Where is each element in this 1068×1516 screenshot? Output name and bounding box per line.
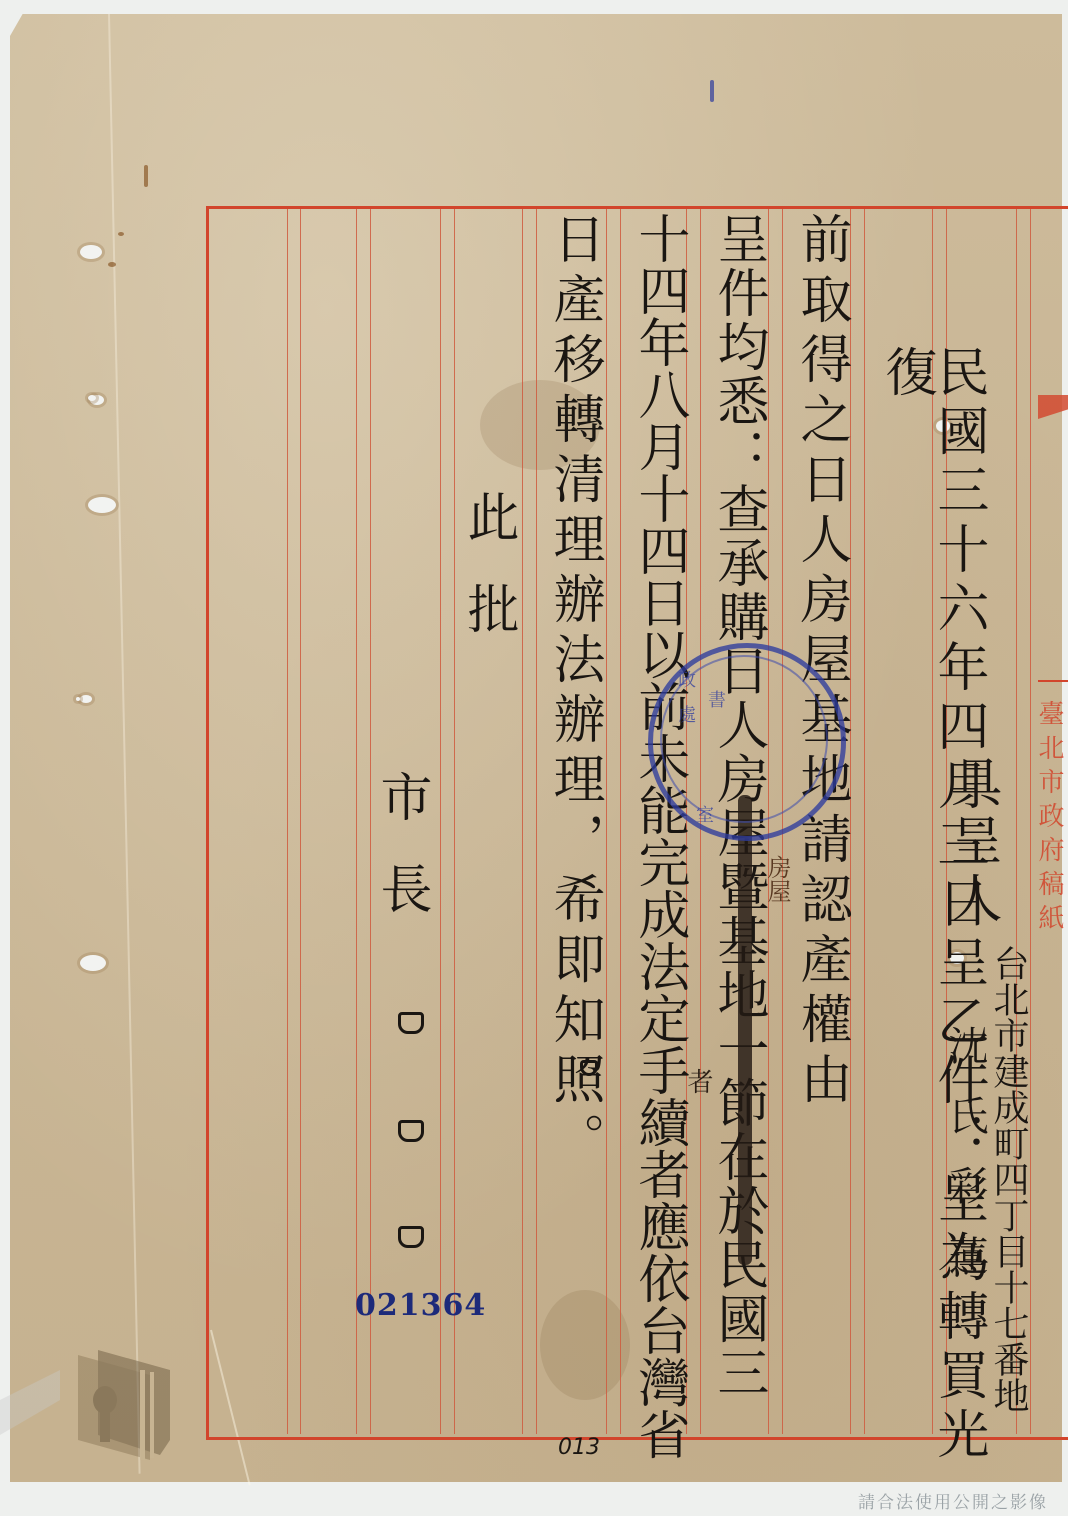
- name-placeholder-box: [398, 1012, 424, 1034]
- seal-text: 室: [690, 805, 716, 823]
- text-line-1: 民國三十六年四月三日呈乙件：呈為轉買光復: [880, 345, 984, 1516]
- seal-text: 處: [672, 705, 698, 723]
- usage-notice: 請合法使用公開之影像: [858, 1488, 1048, 1513]
- worm-hole: [88, 497, 116, 513]
- seal-text: 書: [702, 690, 728, 708]
- correction-annotation: 房屋: [760, 855, 795, 903]
- name-placeholder-box: [398, 1120, 424, 1142]
- deletion-stroke: [738, 795, 752, 1265]
- ruling-line: [864, 209, 865, 1434]
- ruling-line: [536, 209, 537, 1434]
- ruling-line: [522, 209, 523, 1434]
- worm-hole: [80, 245, 102, 259]
- page-number: 013: [558, 1435, 600, 1460]
- ruling-line: [300, 209, 301, 1434]
- text-line-4: 十四年八月十四日以前未能完成法定手續者應依台灣省: [633, 212, 685, 1460]
- rust-mark: [118, 232, 124, 236]
- worm-hole: [76, 697, 80, 701]
- rust-mark: [144, 165, 148, 187]
- ruling-line: [287, 209, 288, 1434]
- closing-remark: 此批: [462, 490, 514, 674]
- text-line-5: 日產移轉清理辦法辦理，希即知照。: [548, 212, 600, 1172]
- ruling-line: [606, 209, 607, 1434]
- archive-logo-icon: [0, 1340, 200, 1490]
- ruling-line: [454, 209, 455, 1434]
- worm-hole: [80, 695, 92, 703]
- correction-annotation: 者: [680, 1068, 717, 1094]
- applicant-address: 台北市建成町四丁目十七番地: [990, 945, 1026, 1413]
- ink-mark: [710, 80, 714, 102]
- name-placeholder-box: [398, 1226, 424, 1248]
- worm-hole: [88, 395, 96, 401]
- form-title: 臺北市政府稿紙: [1044, 700, 1068, 938]
- ruling-line: [620, 209, 621, 1434]
- worm-hole: [80, 955, 106, 971]
- ruling-line: [356, 209, 357, 1434]
- seal-text: 政: [672, 670, 698, 688]
- ruling-line: [440, 209, 441, 1434]
- rust-mark: [108, 262, 116, 267]
- serial-number-stamp: 021364: [355, 1288, 486, 1323]
- signatory-title: 市長: [375, 770, 427, 954]
